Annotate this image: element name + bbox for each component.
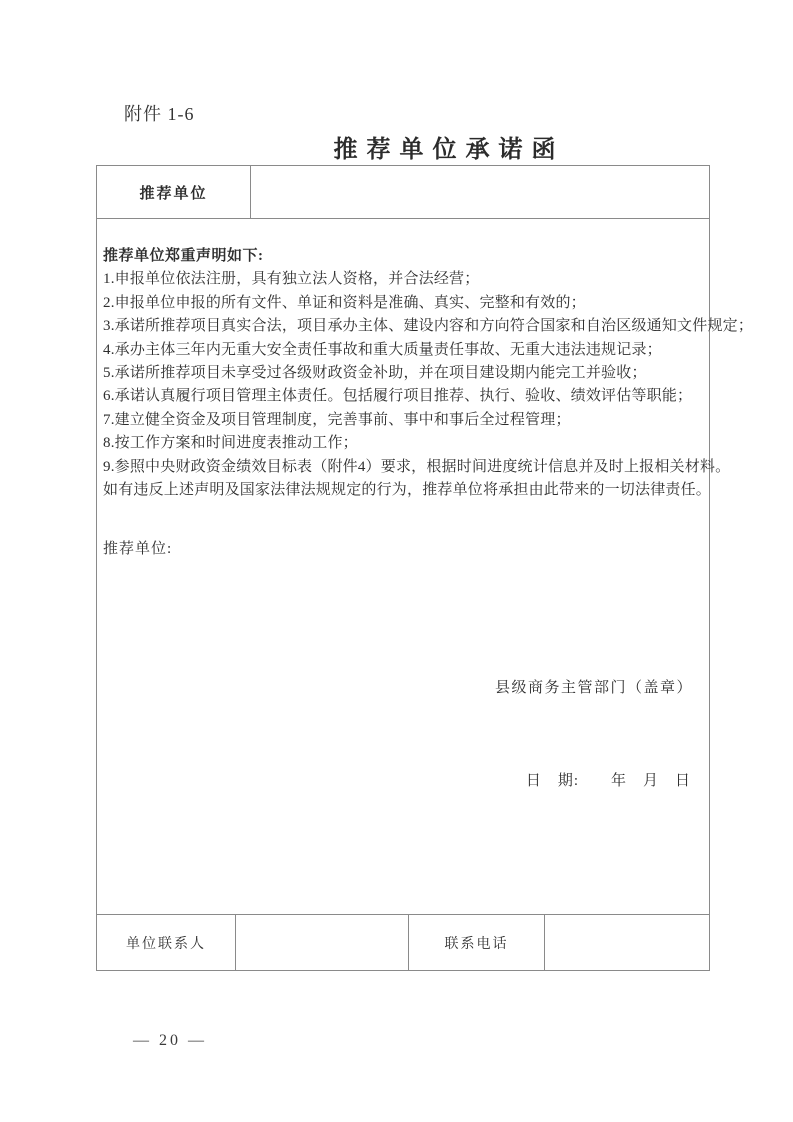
attachment-number-label: 附件 1-6 [124,100,195,126]
declaration-line-5: 5.承诺所推荐项目未享受过各级财政资金补助，并在项目建设期内能完工并验收； [103,362,705,385]
contact-row: 单位联系人 联系电话 [97,914,709,970]
declaration-body-row: 推荐单位郑重声明如下: 1.申报单位依法注册，具有独立法人资格，并合法经营； 2… [97,219,709,914]
date-line: 日 期: 年 月 日 [526,769,691,790]
recommend-unit-value-cell [251,166,709,218]
contact-person-label: 单位联系人 [97,915,236,970]
declaration-line-8: 8.按工作方案和时间进度表推动工作； [103,432,705,455]
recommend-unit-row: 推荐单位 [97,166,709,219]
declaration-line-1: 1.申报单位依法注册，具有独立法人资格，并合法经营； [103,268,705,291]
recommend-unit-label: 推荐单位 [97,166,251,218]
contact-phone-label: 联系电话 [409,915,545,970]
declaration-line-9: 9.参照中央财政资金绩效目标表（附件4）要求，根据时间进度统计信息并及时上报相关… [103,456,705,479]
contact-person-value-cell [236,915,409,970]
declaration-line-7: 7.建立健全资金及项目管理制度，完善事前、事中和事后全过程管理； [103,409,705,432]
page-number: — 20 — [133,1032,207,1050]
declaration-heading: 推荐单位郑重声明如下: [103,245,705,268]
declaration-line-6: 6.承诺认真履行项目管理主体责任。包括履行项目推荐、执行、验收、绩效评估等职能； [103,385,705,408]
document-page: 附件 1-6 推荐单位承诺函 推荐单位 推荐单位郑重声明如下: 1.申报单位依法… [0,0,793,1122]
contact-phone-value-cell [545,915,709,970]
document-title: 推荐单位承诺函 [96,129,710,164]
declaration-line-2: 2.申报单位申报的所有文件、单证和资料是准确、真实、完整和有效的； [103,292,705,315]
declaration-line-3: 3.承诺所推荐项目真实合法，项目承办主体、建设内容和方向符合国家和自治区级通知文… [103,315,705,338]
declaration-block: 推荐单位郑重声明如下: 1.申报单位依法注册，具有独立法人资格，并合法经营； 2… [103,245,705,502]
stamp-authority-line: 县级商务主管部门（盖章） [495,676,693,697]
signature-unit-label: 推荐单位: [103,537,172,558]
declaration-closing-line: 如有违反上述声明及国家法律法规规定的行为，推荐单位将承担由此带来的一切法律责任。 [103,479,705,502]
declaration-line-4: 4.承办主体三年内无重大安全责任事故和重大质量责任事故、无重大违法违规记录； [103,339,705,362]
commitment-form-table: 推荐单位 推荐单位郑重声明如下: 1.申报单位依法注册，具有独立法人资格，并合法… [96,165,710,971]
